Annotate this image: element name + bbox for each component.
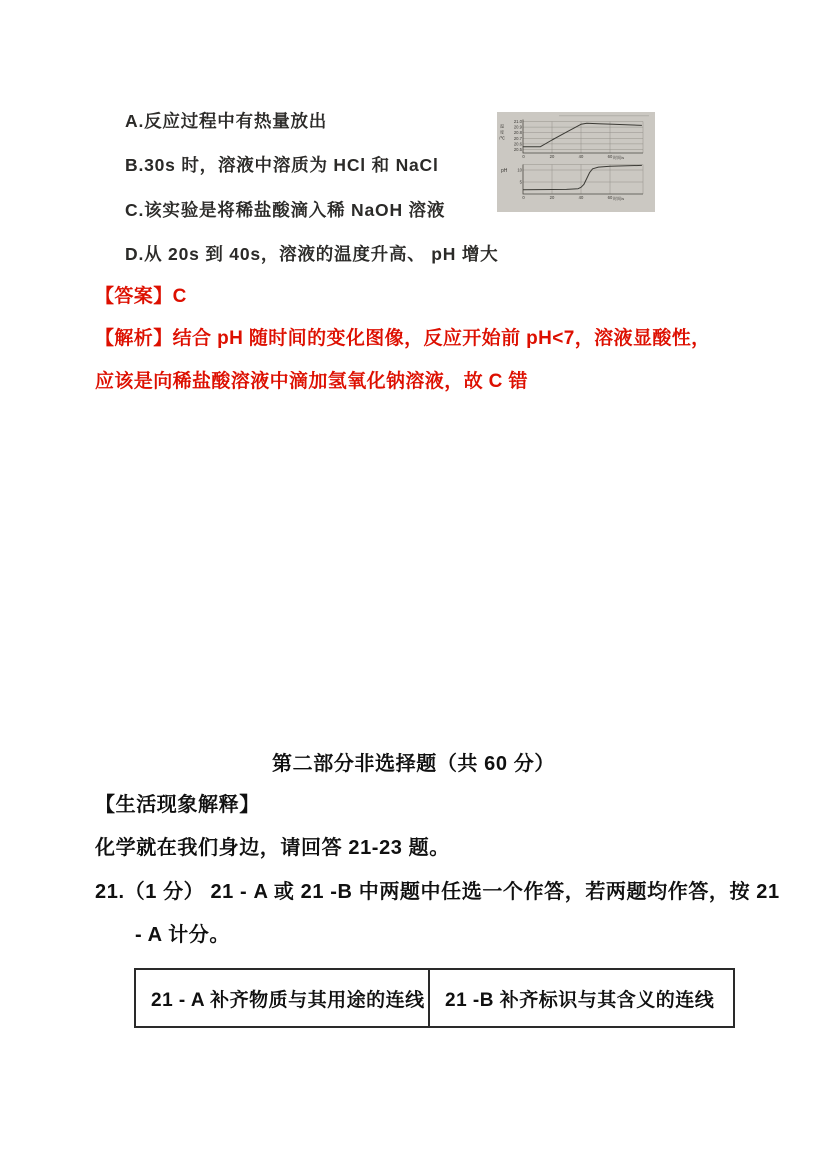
analysis-line-2: 应该是向稀盐酸溶液中滴加氢氧化钠溶液，故 C 错 — [95, 371, 528, 393]
choice-21b-label: 21 -B 补齐标识与其含义的连线 — [445, 985, 714, 1012]
choice-cell-21a: 21 - A 补齐物质与其用途的连线 — [136, 970, 430, 1026]
analysis-line-1: 【解析】结合 pH 随时间的变化图像，反应开始前 pH<7，溶液显酸性， — [95, 328, 711, 350]
temp-ylabel: /℃ — [499, 136, 505, 141]
option-b: B.30s 时，溶液中溶质为 HCl 和 NaCl — [125, 155, 439, 175]
chart-svg: 21.0 20.9 20.8 20.7 20.6 20.5 温 度 /℃ 0 2… — [497, 112, 655, 212]
option-c: C.该实验是将稀盐酸滴入稀 NaOH 溶液 — [125, 200, 445, 220]
choice-21a-label: 21 - A 补齐物质与其用途的连线 — [151, 985, 425, 1012]
ph-ylabel: pH — [501, 168, 508, 174]
temperature-ph-chart-figure: 21.0 20.9 20.8 20.7 20.6 20.5 温 度 /℃ 0 2… — [497, 112, 655, 212]
answer-line: 【答案】C — [95, 286, 187, 308]
temp-ytick: 20.6 — [514, 141, 523, 146]
option-d: D.从 20s 到 40s，溶液的温度升高、 pH 增大 — [125, 244, 498, 264]
topic-tag: 【生活现象解释】 — [95, 794, 260, 817]
temp-xtick: 40 — [579, 154, 584, 159]
temp-xtick: 20 — [550, 154, 555, 159]
choice-table: 21 - A 补齐物质与其用途的连线 21 -B 补齐标识与其含义的连线 — [134, 968, 735, 1028]
temp-ytick: 20.7 — [514, 136, 523, 141]
temp-ytick: 20.9 — [514, 125, 523, 130]
temp-ytick: 20.5 — [514, 147, 523, 152]
choice-cell-21b: 21 -B 补齐标识与其含义的连线 — [430, 970, 733, 1026]
scan-artifact — [559, 115, 649, 116]
section-intro: 化学就在我们身边，请回答 21-23 题。 — [95, 837, 450, 860]
option-a: A.反应过程中有热量放出 — [125, 111, 327, 131]
question-21-line-1: 21.（1 分） 21 - A 或 21 -B 中两题中任选一个作答，若两题均作… — [95, 881, 780, 904]
document-page: { "colors": { "page_background": "#fffff… — [0, 0, 827, 1169]
ph-xtick: 20 — [550, 195, 555, 200]
temp-ytick: 20.8 — [514, 130, 523, 135]
temp-xlabel: 时间/s — [613, 154, 624, 160]
question-21-line-2: - A 计分。 — [135, 924, 230, 947]
section-title: 第二部分非选择题（共 60 分） — [0, 753, 827, 776]
ph-xtick: 40 — [579, 195, 584, 200]
ph-ytick: 10 — [517, 168, 522, 173]
temp-ytick: 21.0 — [514, 119, 523, 124]
ph-xlabel: 时间/s — [613, 195, 624, 201]
